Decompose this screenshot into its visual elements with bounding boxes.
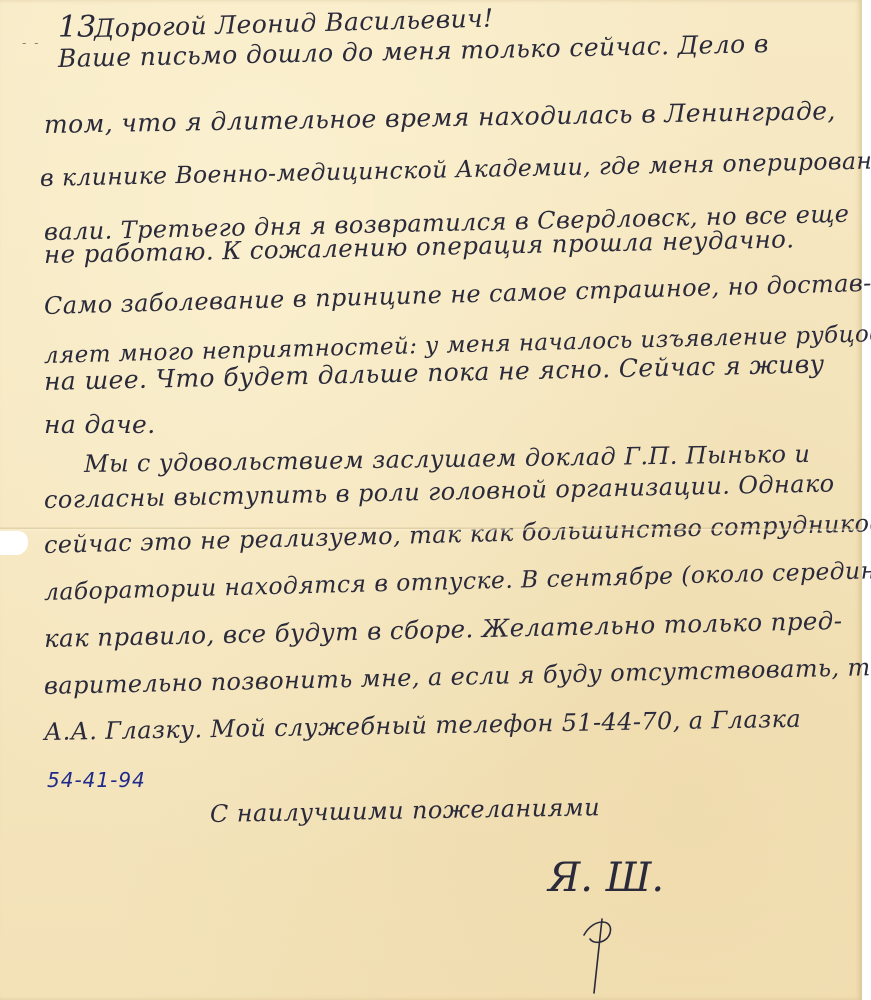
signature: Я. Ш. — [548, 855, 664, 901]
letter-line: варительно позвонить мне, а если я буду … — [44, 653, 871, 700]
letter-line: лаборатории находятся в отпуске. В сентя… — [44, 555, 871, 606]
torn-edge — [0, 531, 28, 555]
letter-line: как правило, все будут в сборе. Желатель… — [44, 606, 843, 653]
closing-line: С наилучшими пожеланиями — [210, 793, 600, 828]
added-phone-number: 54-41-94 — [47, 768, 146, 792]
signature-flourish-icon — [580, 905, 620, 995]
page-number: 13 — [58, 10, 96, 45]
letter-line: сейчас это не реализуемо, так как больши… — [44, 509, 871, 559]
paper-fold-crease — [0, 527, 862, 531]
letter-line: том, что я длительное время находилась в… — [44, 96, 836, 139]
margin-mark: - - — [22, 36, 40, 50]
letter-page: - - 13 Дорогой Леонид Васильевич! Ваше п… — [0, 0, 862, 1000]
letter-line: А.А. Глазку. Мой служебный телефон 51-44… — [44, 705, 802, 746]
letter-line: в клинике Военно-медицинской Академии, г… — [40, 146, 871, 192]
letter-line: Само заболевание в принципе не самое стр… — [44, 269, 871, 320]
letter-line: на даче. — [44, 410, 156, 439]
